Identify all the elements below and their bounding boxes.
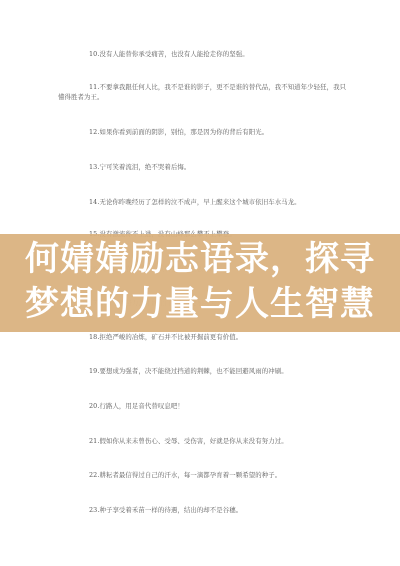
quote-12: 12.如果你看到前面的阴影，别怕，那是因为你的背后有阳光。 — [89, 127, 349, 137]
quote-20: 20.行路人，用足音代替叹息吧！ — [89, 401, 349, 411]
quote-19: 19.要想成为强者，决不能绕过挡道的荆棘，也不能回避风雨的冲刷。 — [89, 366, 349, 376]
quote-14: 14.无论你昨晚经历了怎样的泣不成声，早上醒来这个城市依旧车水马龙。 — [89, 197, 349, 207]
banner-headline-line-1: 何婧婧励志语录，探寻 — [0, 237, 400, 282]
banner-headline-line-2: 梦想的力量与人生智慧 — [0, 282, 400, 327]
quote-22: 22.耕耘者最信得过自己的汗水，每一滴都孕育着一颗希望的种子。 — [89, 470, 349, 480]
quote-18: 18.拒绝严峻的冶炼，矿石并不比被开掘前更有价值。 — [89, 332, 349, 342]
quote-10: 10.没有人能替你承受痛苦，也没有人能抢走你的坚强。 — [89, 49, 349, 59]
quote-23: 23.种子享受着禾苗一样的待遇，结出的却不是谷穗。 — [89, 505, 349, 515]
quote-13: 13.宁可笑着流泪，绝不哭着后悔。 — [89, 162, 349, 172]
banner-headline: 何婧婧励志语录，探寻 梦想的力量与人生智慧 — [0, 237, 400, 327]
quote-21: 21.假如你从来未曾伤心、受辱、受伤害，好就是你从来没有努力过。 — [89, 436, 349, 446]
quote-11: 11.不要拿我跟任何人比，我不是谁的影子，更不是谁的替代品，我不知道年少轻狂，我… — [58, 82, 348, 102]
